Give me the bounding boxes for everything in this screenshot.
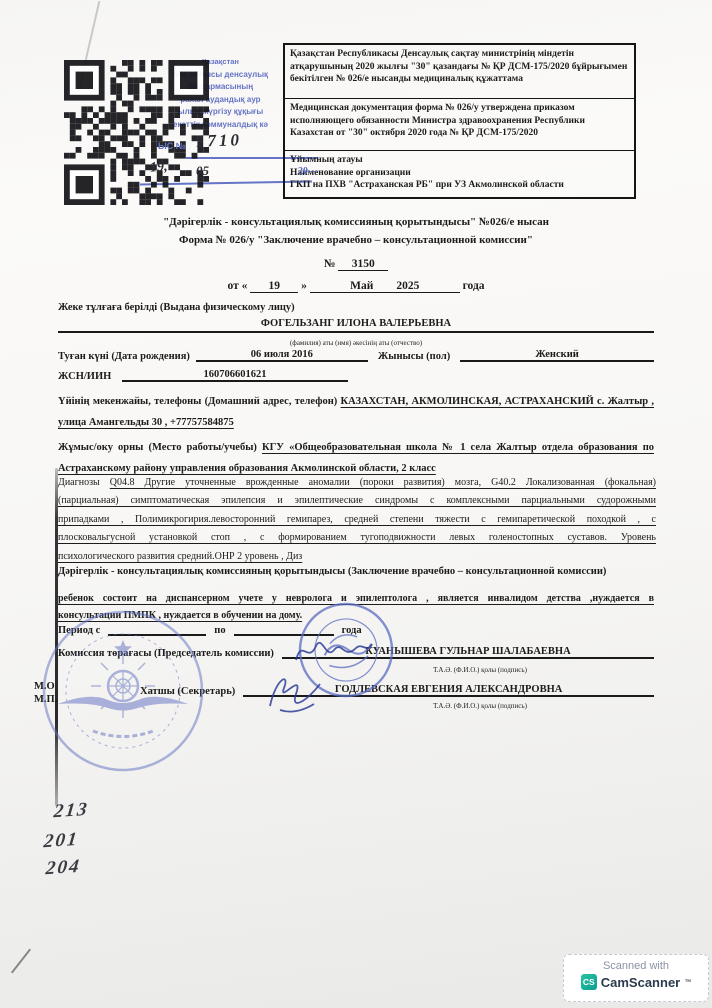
outgoing-number-label: ЫС №: [158, 141, 186, 151]
diagnosis-label: Диагнозы: [58, 477, 100, 488]
iin-label: ЖСН/ИИН: [58, 371, 122, 382]
gender-value: Женский: [460, 349, 654, 362]
gender-label: Жынысы (пол): [368, 351, 460, 362]
form-date-line: от « 19 » Май 2025 года: [30, 280, 682, 293]
work-label: Жұмыс/оку орны (Место работы/учебы): [58, 442, 257, 453]
handwritten-note: 204: [45, 856, 82, 880]
address-value-2: улица Амангельды 30 , +77757584875: [58, 417, 234, 428]
issued-to-label: Жеке тұлғаға берілді (Выдана физическому…: [58, 302, 654, 313]
diagnosis-text: Q04.8 Другие уточненные врожденные анома…: [110, 477, 656, 488]
date-day: 19: [250, 280, 298, 293]
diagnosis-line: психологического развития средний.ОНР 2 …: [58, 548, 656, 566]
full-name-caption: (фамилия) аты (имя) әкесінің аты (отчест…: [58, 339, 654, 347]
birth-label: Туған күні (Дата рождения): [58, 351, 196, 362]
birth-gender-row: Туған күні (Дата рождения) 06 июля 2016 …: [58, 349, 654, 362]
scanned-medical-form: Қазақстан ола облысы денсаулық басқармас…: [0, 0, 712, 1008]
stamp-date-year: 20—: [298, 166, 318, 177]
date-quote: »: [301, 280, 307, 292]
conclusion-label: Дәрігерлік - консультациялық комиссияның…: [58, 566, 654, 577]
form-number-line: № 3150: [30, 258, 682, 271]
address-line2: улица Амангельды 30 , +77757584875: [58, 413, 654, 433]
handwritten-note: 213: [53, 799, 90, 823]
secretary-signature: [262, 668, 326, 721]
address-line1: Үйінің мекенжайы, телефоны (Домашний адр…: [58, 392, 654, 412]
approval-box: Қазақстан Республикасы Денсаулық сақтау …: [283, 43, 636, 199]
stamp-date-month: 05: [196, 163, 209, 179]
scan-artifact-corner: [11, 949, 31, 974]
birth-value: 06 июля 2016: [196, 349, 368, 362]
date-month-year: Май 2025: [310, 280, 460, 293]
address-label: Үйінің мекенжайы, телефоны (Домашний адр…: [58, 396, 337, 407]
diagnosis-line: припадками , Полимикрогирия.левосторонни…: [58, 511, 656, 529]
number-sign: №: [324, 258, 336, 270]
diagnosis-line: Диагнозы Q04.8 Другие уточненные врожден…: [58, 474, 656, 492]
trademark-mark: ™: [684, 979, 691, 986]
date-from: от «: [227, 280, 247, 292]
scanned-with-text: Scanned with: [564, 960, 708, 972]
camscanner-badge: Scanned with CS CamScanner ™: [563, 954, 709, 1002]
camscanner-icon: CS: [581, 974, 597, 990]
iin-value: 160706601621: [122, 369, 348, 382]
iin-row: ЖСН/ИИН 160706601621: [58, 369, 348, 382]
date-year-word: года: [463, 280, 485, 292]
form-title-ru: Форма № 026/у "Заключение врачебно – кон…: [30, 234, 682, 246]
period-to-label: по: [214, 625, 225, 636]
org-label-kk: Ұйымның атауы: [290, 154, 629, 167]
organization-section: Ұйымның атауы Наименование организации Г…: [285, 151, 634, 197]
org-name: ГКП на ПХВ "Астраханская РБ" при УЗ Акмо…: [290, 179, 629, 192]
stamp-date-day: 19,: [149, 159, 168, 176]
work-line1: Жұмыс/оку орны (Место работы/учебы) КГУ …: [58, 438, 654, 458]
form-number-value: 3150: [338, 258, 388, 271]
diagnosis-line: плосковальгусной установкой стоп , с фор…: [58, 529, 656, 547]
address-value-1: КАЗАХСТАН, АКМОЛИНСКАЯ, АСТРАХАНСКИЙ с. …: [341, 396, 654, 407]
form-title-kk: "Дәрігерлік - консультациялық комиссияны…: [30, 216, 682, 228]
camscanner-name: CamScanner: [601, 975, 680, 990]
diagnosis-line: (парциальная) симптоматическая эпилепсия…: [58, 492, 656, 510]
diagnosis-block: Диагнозы Q04.8 Другие уточненные врожден…: [58, 474, 656, 566]
qr-code: [64, 60, 209, 210]
work-value-1: КГУ «Общеобразовательная школа № 1 села …: [262, 442, 654, 453]
outgoing-number-value: 1710: [196, 130, 243, 152]
approval-russian-text: Медицинская документация форма № 026/у у…: [285, 99, 634, 151]
handwritten-note: 201: [43, 829, 80, 853]
state-emblem-stamp: [38, 606, 208, 781]
patient-full-name: ФОГЕЛЬЗАНГ ИЛОНА ВАЛЕРЬЕВНА: [58, 318, 654, 333]
approval-kazakh-text: Қазақстан Республикасы Денсаулық сақтау …: [285, 45, 634, 99]
work-value-2: Астраханскому району управления образова…: [58, 463, 436, 474]
org-label-ru: Наименование организации: [290, 167, 629, 180]
